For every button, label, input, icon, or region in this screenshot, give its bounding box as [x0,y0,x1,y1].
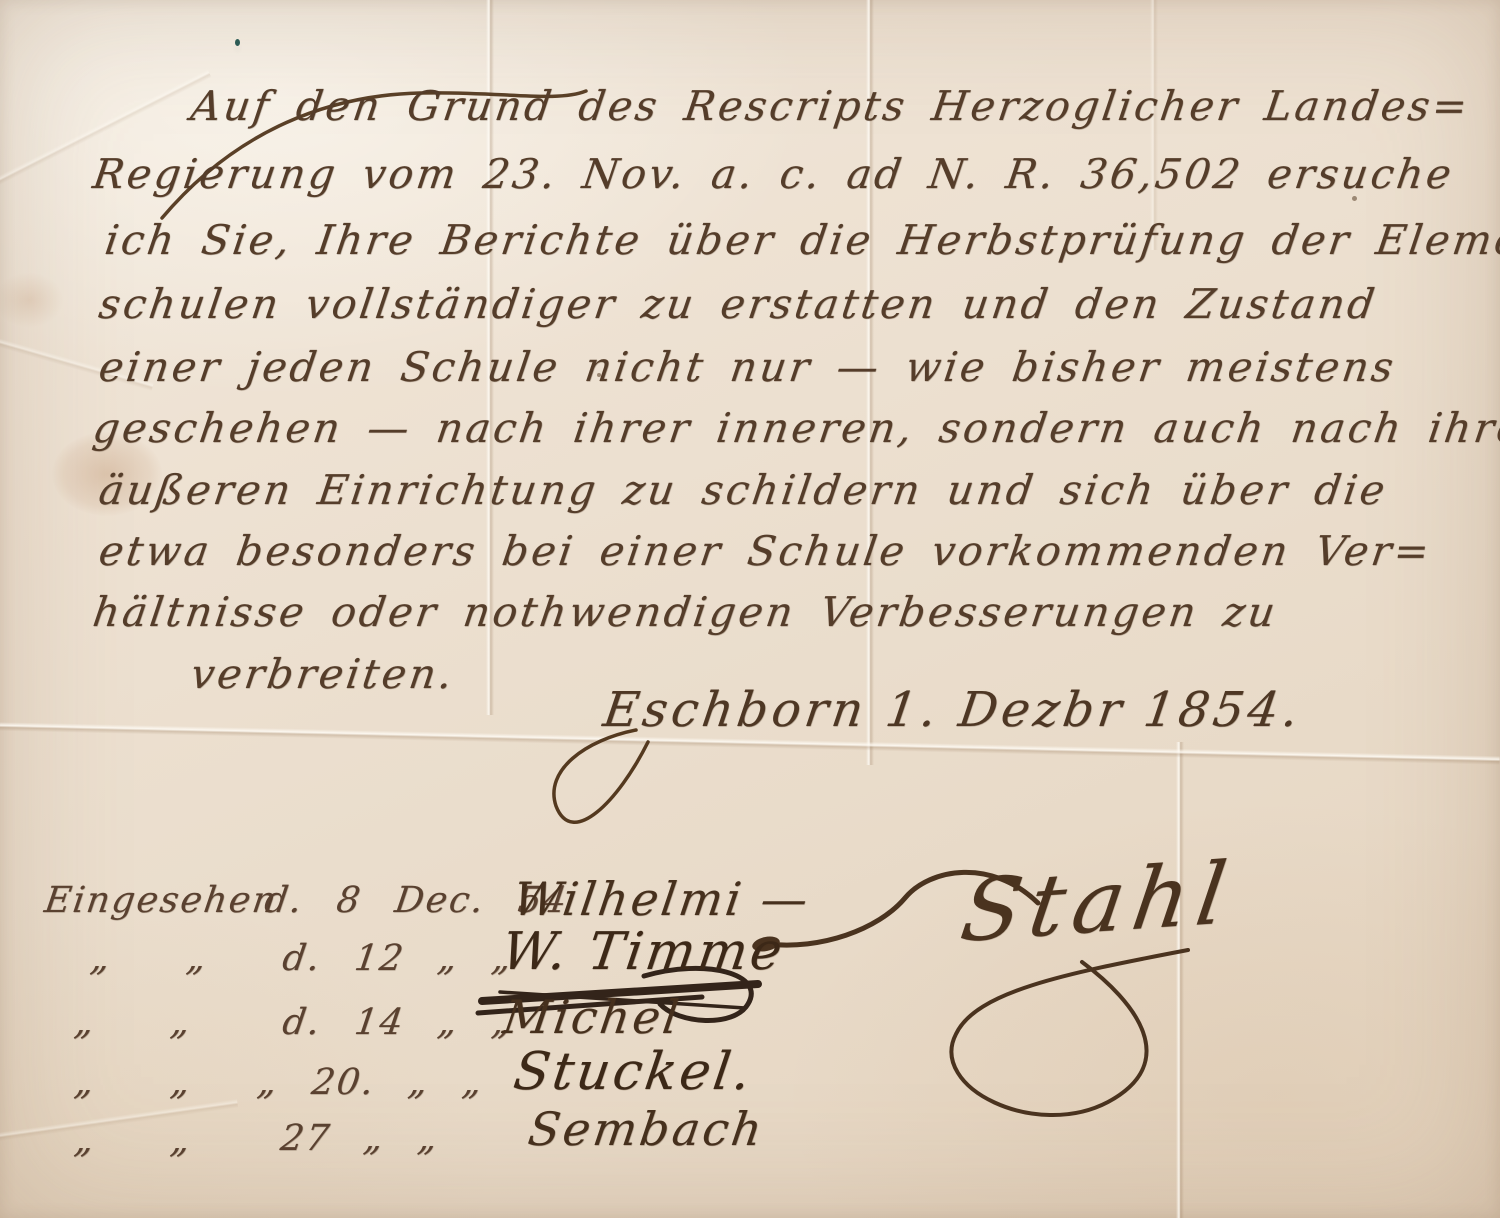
body-line-2: Regierung vom 23. Nov. a. c. ad N. R. 36… [90,150,1457,198]
dateline: Eschborn 1. Dezbr 1854. [600,682,1306,738]
registry-row4-date: „ 20. „ „ [255,1062,486,1103]
signature: Stahl [955,844,1240,962]
registry-row5-name: Sembach [525,1102,768,1156]
registry-row3-date: d. 14 „ „ [280,1002,516,1043]
body-line-5: einer jeden Schule nicht nur — wie bishe… [96,343,1399,391]
body-line-9: hältnisse oder nothwendigen Verbesserung… [90,588,1281,636]
registry-row3-name: Michel [500,990,685,1044]
registry-row1-name: Wilhelmi — [510,872,814,926]
registry-row2-date: d. 12 „ „ [280,938,516,979]
body-line-6: geschehen — nach ihrer inneren, sondern … [90,404,1500,452]
body-line-1: Auf den Grund des Rescripts Herzoglicher… [188,82,1473,130]
registry-row5-ditto: „ „ [72,1120,195,1161]
body-line-8: etwa besonders bei einer Schule vorkomme… [96,527,1435,575]
registry-row5-date: 27 „ „ [278,1118,442,1159]
registry-row2-ditto: „ „ [88,938,211,979]
registry-row2-name: W. Timme [498,922,789,982]
body-line-4: schulen vollständiger zu erstatten und d… [96,280,1380,328]
registry-row4-ditto: „ „ [72,1062,195,1103]
teal-ink-dot [235,39,240,46]
body-line-3: ich Sie, Ihre Berichte über die Herbstpr… [102,216,1500,264]
body-line-7: äußeren Einrichtung zu schildern und sic… [96,466,1391,514]
registry-row1-place: Eingesehen [42,880,281,921]
body-line-10: verbreiten. [188,650,458,698]
registry-row3-ditto: „ „ [72,1002,195,1043]
vertical-fold-crease-bottom-right [1176,742,1184,1218]
registry-row4-name: Stuckel. [510,1042,757,1102]
